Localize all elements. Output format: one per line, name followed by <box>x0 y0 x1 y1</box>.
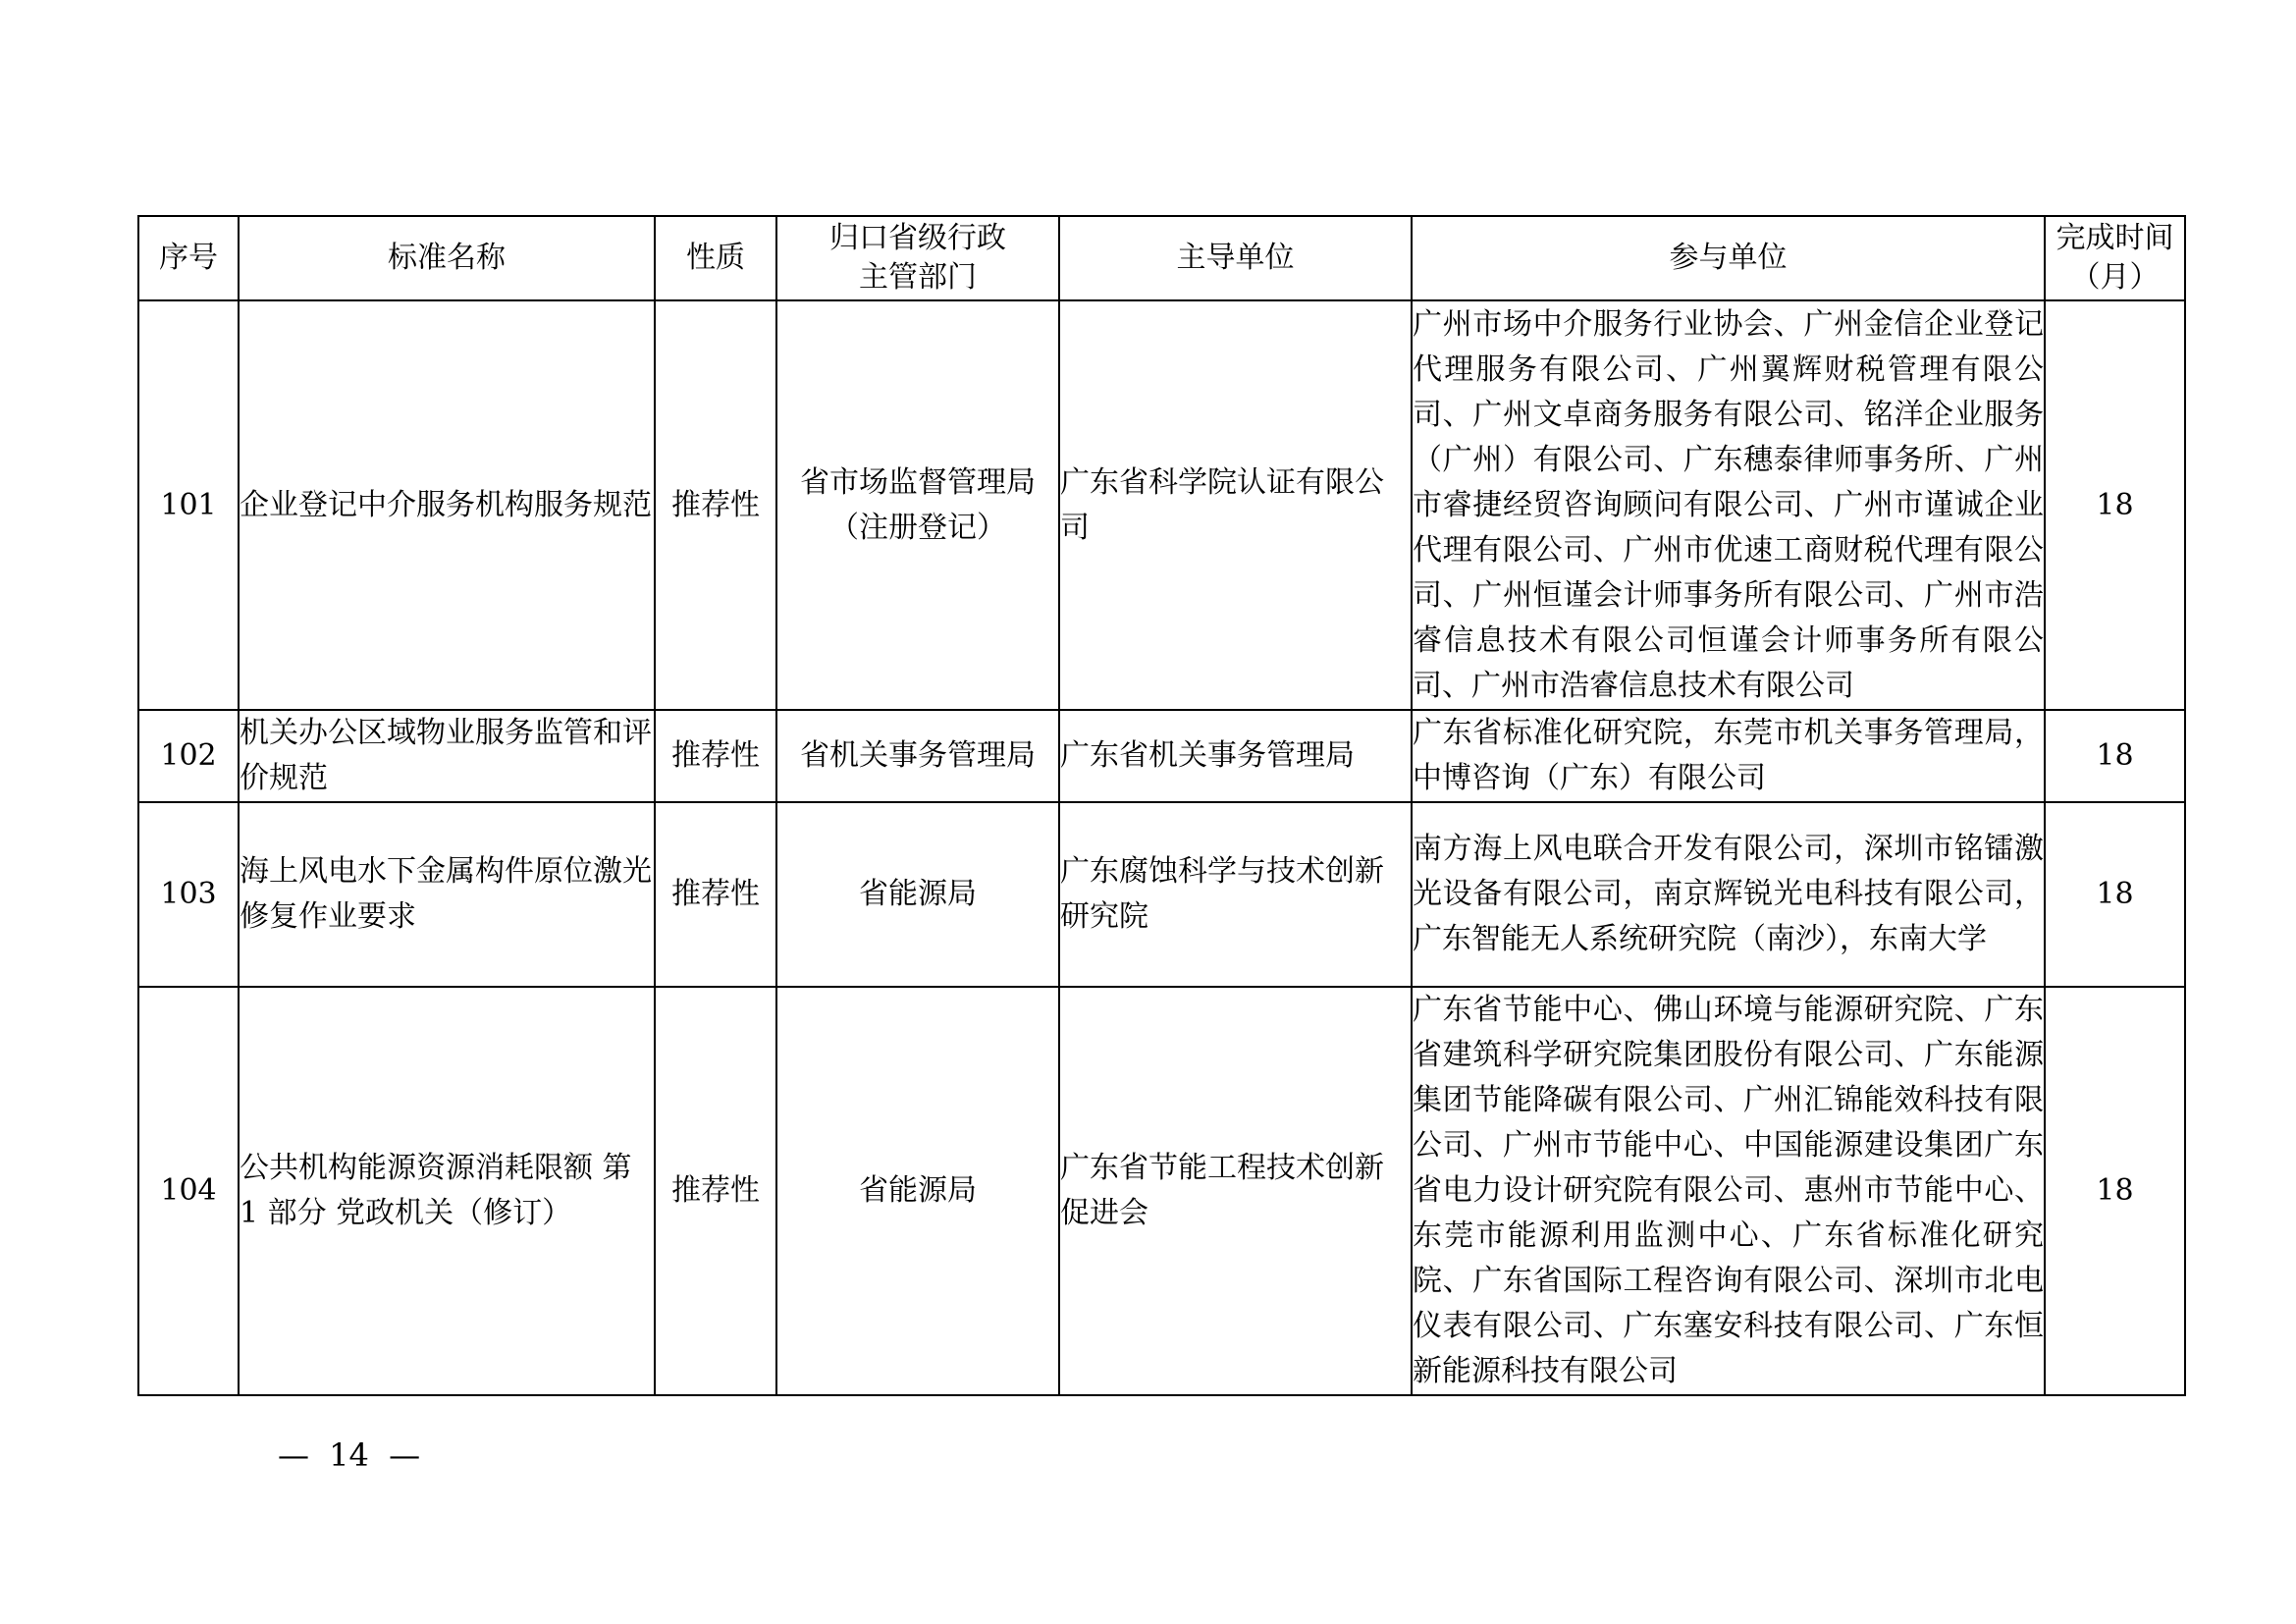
cell-time: 18 <box>2045 300 2185 710</box>
cell-no: 101 <box>138 300 239 710</box>
cell-time: 18 <box>2045 987 2185 1395</box>
table-row: 102 机关办公区域物业服务监管和评价规范 推荐性 省机关事务管理局 广东省机关… <box>138 710 2185 802</box>
cell-no: 102 <box>138 710 239 802</box>
cell-name: 机关办公区域物业服务监管和评价规范 <box>239 710 655 802</box>
col-header-no: 序号 <box>138 216 239 300</box>
table-header-row: 序号 标准名称 性质 归口省级行政 主管部门 主导单位 参与单位 完成时间 （月… <box>138 216 2185 300</box>
cell-time: 18 <box>2045 802 2185 987</box>
col-header-dept: 归口省级行政 主管部门 <box>776 216 1059 300</box>
cell-dept: 省能源局 <box>776 987 1059 1395</box>
cell-nature: 推荐性 <box>655 710 776 802</box>
standards-table: 序号 标准名称 性质 归口省级行政 主管部门 主导单位 参与单位 完成时间 （月… <box>137 215 2186 1396</box>
cell-dept: 省机关事务管理局 <box>776 710 1059 802</box>
col-header-time: 完成时间 （月） <box>2045 216 2185 300</box>
cell-no: 103 <box>138 802 239 987</box>
cell-participants: 南方海上风电联合开发有限公司，深圳市铭镭激光设备有限公司，南京辉锐光电科技有限公… <box>1412 802 2045 987</box>
cell-nature: 推荐性 <box>655 300 776 710</box>
col-header-name: 标准名称 <box>239 216 655 300</box>
table-row: 101 企业登记中介服务机构服务规范 推荐性 省市场监督管理局 （注册登记） 广… <box>138 300 2185 710</box>
cell-lead: 广东省科学院认证有限公司 <box>1059 300 1412 710</box>
cell-participants: 广东省标准化研究院，东莞市机关事务管理局，中博咨询（广东）有限公司 <box>1412 710 2045 802</box>
cell-lead: 广东省机关事务管理局 <box>1059 710 1412 802</box>
cell-name: 企业登记中介服务机构服务规范 <box>239 300 655 710</box>
cell-nature: 推荐性 <box>655 987 776 1395</box>
cell-name: 公共机构能源资源消耗限额 第 1 部分 党政机关（修订） <box>239 987 655 1395</box>
table-row: 104 公共机构能源资源消耗限额 第 1 部分 党政机关（修订） 推荐性 省能源… <box>138 987 2185 1395</box>
cell-lead: 广东腐蚀科学与技术创新研究院 <box>1059 802 1412 987</box>
cell-lead: 广东省节能工程技术创新促进会 <box>1059 987 1412 1395</box>
cell-no: 104 <box>138 987 239 1395</box>
col-header-participants: 参与单位 <box>1412 216 2045 300</box>
cell-dept: 省能源局 <box>776 802 1059 987</box>
cell-time: 18 <box>2045 710 2185 802</box>
col-header-lead: 主导单位 <box>1059 216 1412 300</box>
document-page: 序号 标准名称 性质 归口省级行政 主管部门 主导单位 参与单位 完成时间 （月… <box>0 0 2296 1624</box>
cell-name: 海上风电水下金属构件原位激光修复作业要求 <box>239 802 655 987</box>
page-number: — 14 — <box>278 1435 420 1475</box>
cell-dept: 省市场监督管理局 （注册登记） <box>776 300 1059 710</box>
cell-participants: 广东省节能中心、佛山环境与能源研究院、广东省建筑科学研究院集团股份有限公司、广东… <box>1412 987 2045 1395</box>
cell-participants: 广州市场中介服务行业协会、广州金信企业登记代理服务有限公司、广州翼辉财税管理有限… <box>1412 300 2045 710</box>
table-row: 103 海上风电水下金属构件原位激光修复作业要求 推荐性 省能源局 广东腐蚀科学… <box>138 802 2185 987</box>
cell-nature: 推荐性 <box>655 802 776 987</box>
col-header-nature: 性质 <box>655 216 776 300</box>
